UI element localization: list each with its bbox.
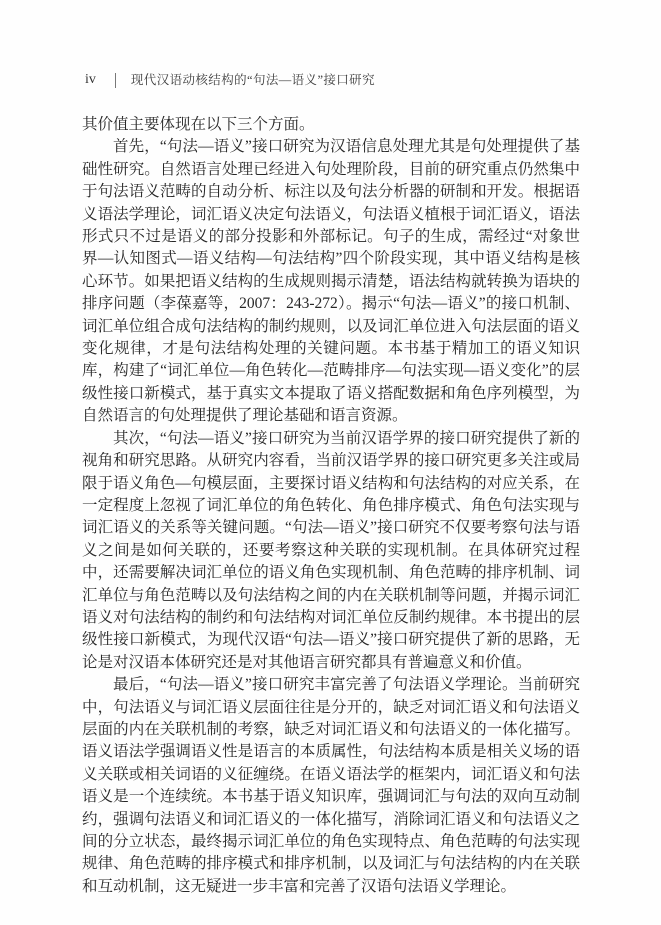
header-divider-line [115, 73, 116, 88]
paragraph-second-point: 其次，“句法—语义”接口研究为当前汉语学界的接口研究提供了新的视角和研究思路。从… [82, 428, 580, 674]
paragraph-third-point: 最后，“句法—语义”接口研究丰富完善了句法语义学理论。当前研究中，句法语义与词汇… [82, 674, 580, 898]
paragraph-continuation: 其价值主要体现在以下三个方面。 [82, 114, 580, 136]
book-title: 现代汉语动核结构的“句法—语义”接口研究 [131, 71, 375, 89]
paragraph-first-point: 首先，“句法—语义”接口研究为汉语信息处理尤其是句处理提供了基础性研究。自然语言… [82, 136, 580, 427]
body-text: 其价值主要体现在以下三个方面。 首先，“句法—语义”接口研究为汉语信息处理尤其是… [82, 114, 580, 898]
book-page: iv 现代汉语动核结构的“句法—语义”接口研究 其价值主要体现在以下三个方面。 … [0, 0, 661, 925]
page-number: iv [85, 71, 96, 89]
running-header: iv 现代汉语动核结构的“句法—语义”接口研究 [85, 71, 375, 89]
